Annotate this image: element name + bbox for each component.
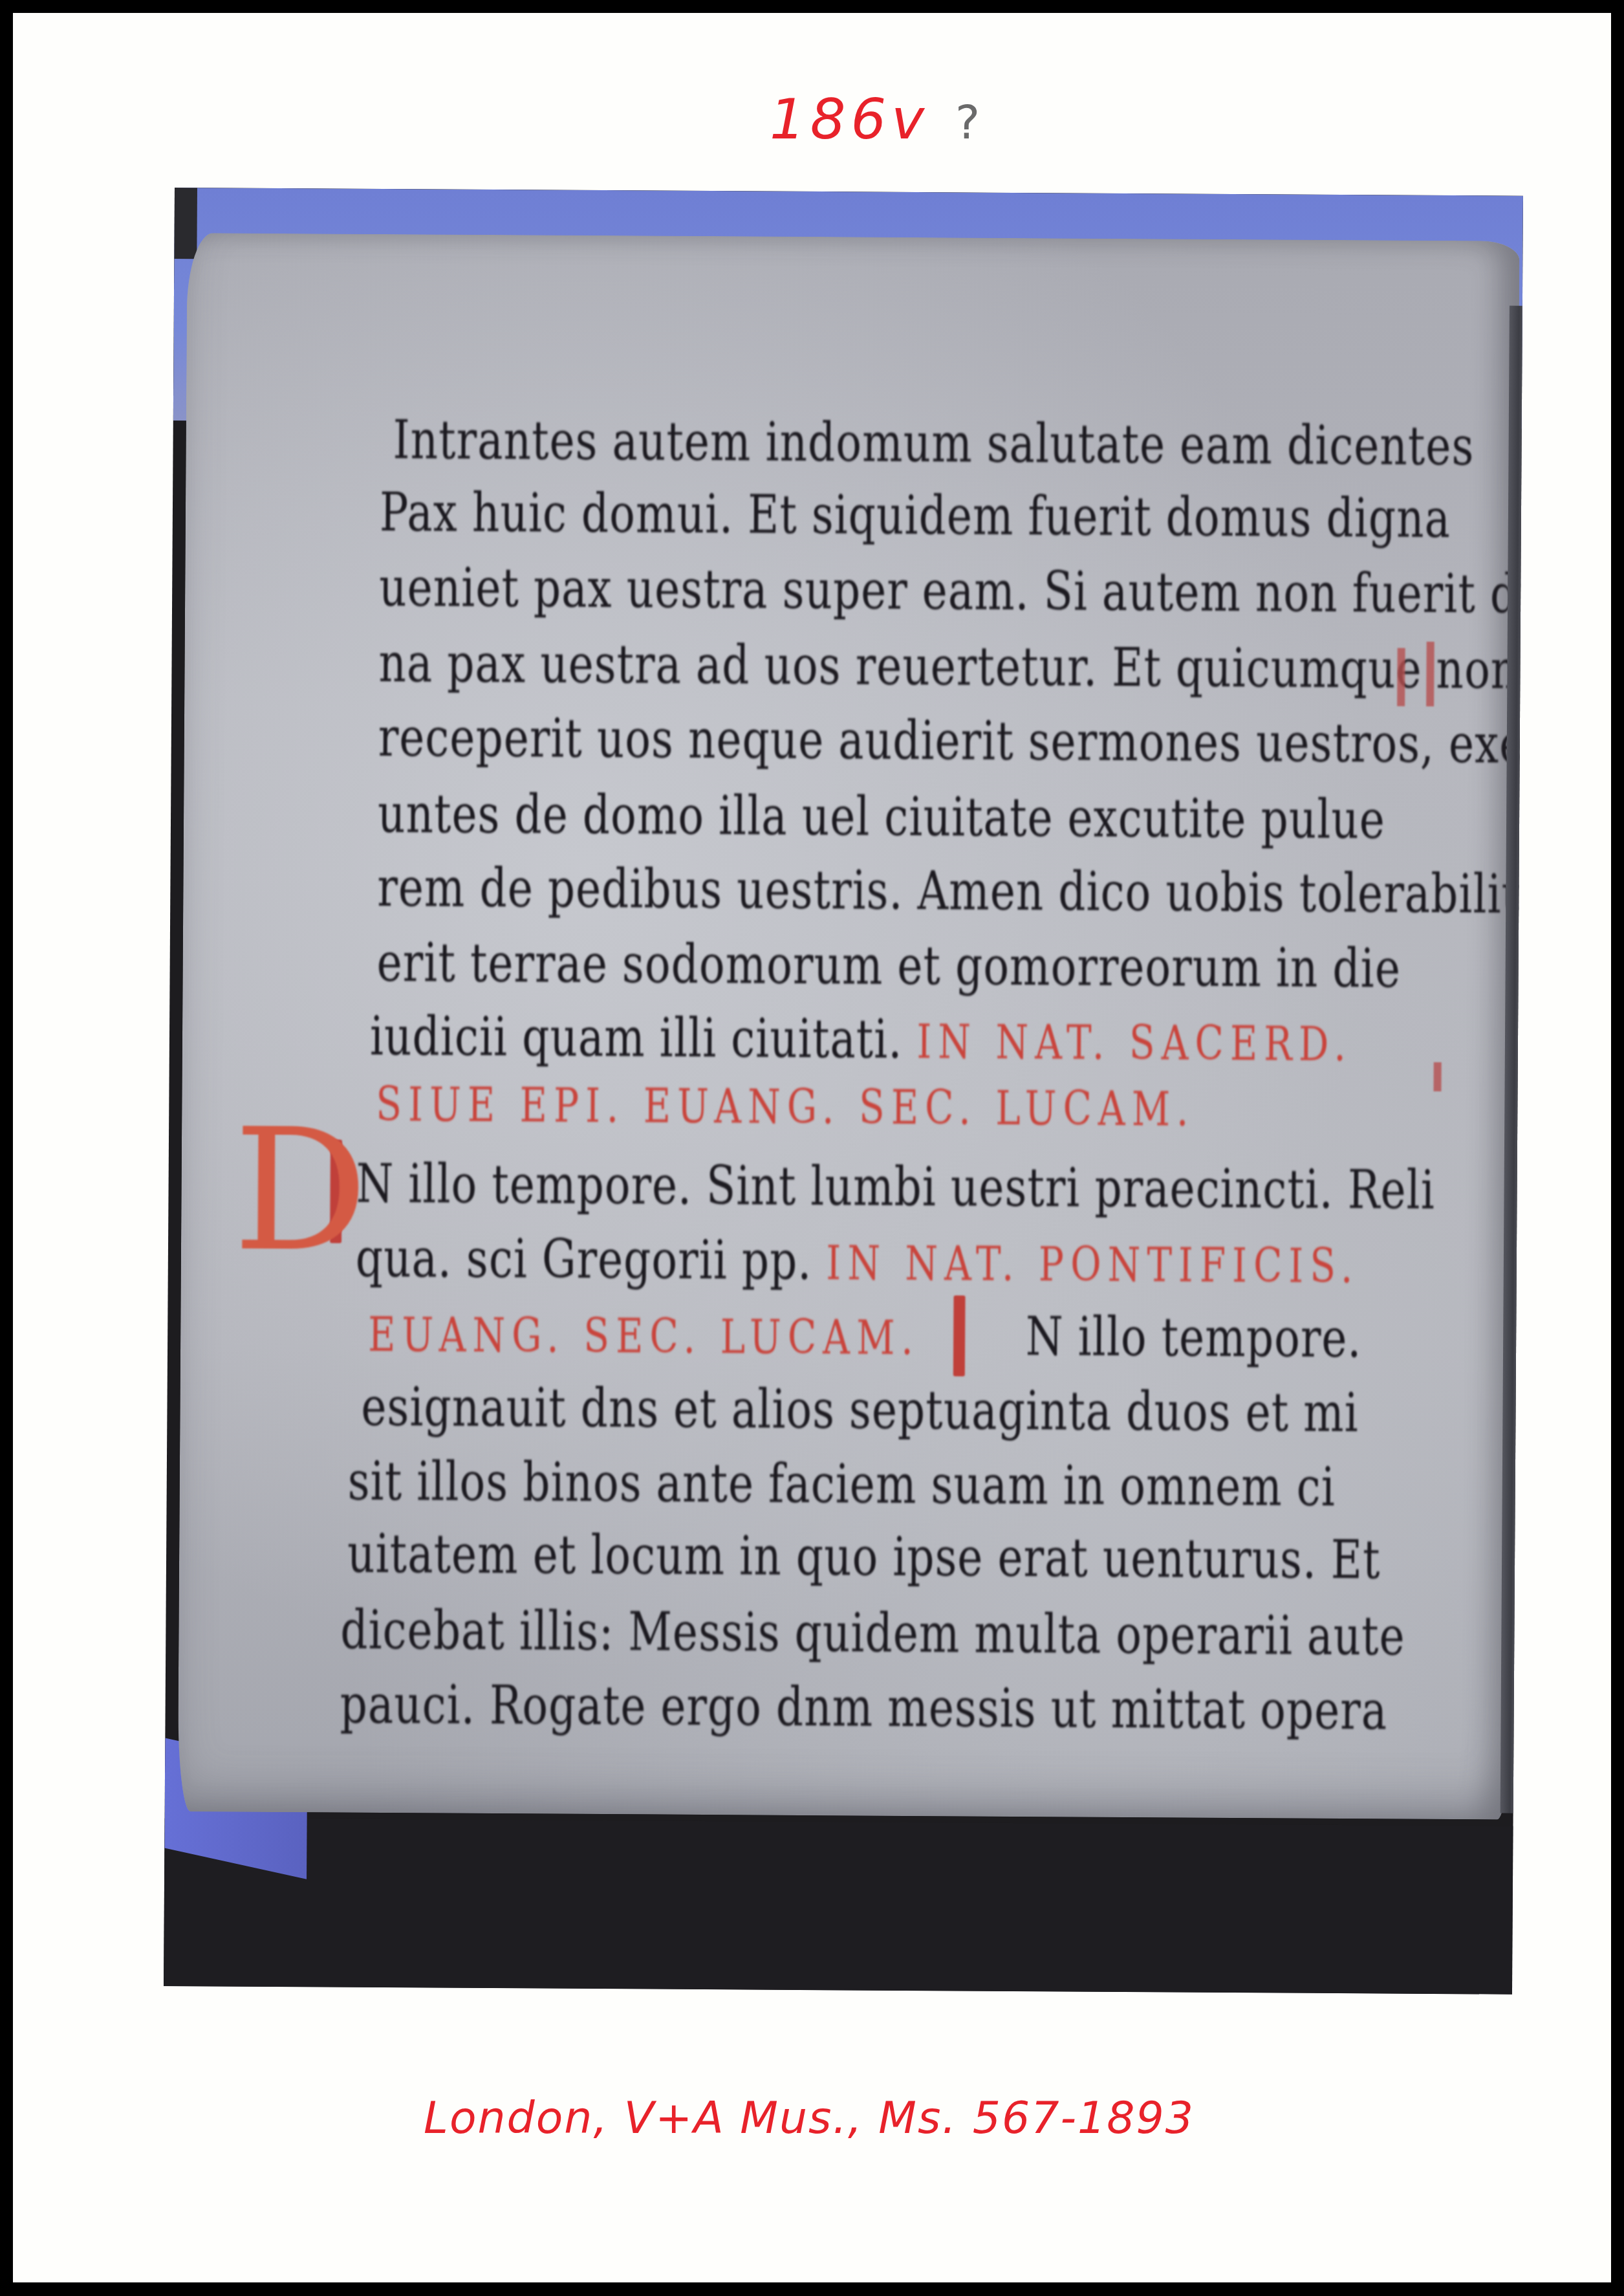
folio-query-mark: ? — [955, 95, 985, 149]
manuscript-line: na pax uestra ad uos reuertetur. Et quic… — [378, 632, 1519, 720]
red-initial-i — [953, 1295, 966, 1376]
manuscript-line: uitatem et locum in quo ipse erat uentur… — [347, 1523, 1381, 1610]
shelfmark-annotation: London, V+A Mus., Ms. 567-1893 — [424, 2093, 1195, 2144]
manuscript-line: EUANG. SEC. LUCAM. N illo tempore. — [368, 1302, 1362, 1388]
manuscript-line: N illo tempore. Sint lumbi uestri praeci… — [356, 1153, 1435, 1240]
rubric-line: SIUE EPI. EUANG. SEC. LUCAM. — [376, 1077, 1195, 1163]
manuscript-line: esignauit dns et alios septuaginta duos … — [361, 1376, 1359, 1463]
manuscript-line: Pax huic domui. Et siquidem fuerit domus… — [379, 481, 1451, 569]
rubric-heading: IN NAT. PONTIFICIS. — [826, 1236, 1359, 1294]
manuscript-line: rem de pedibus uestris. Amen dico uobis … — [377, 857, 1523, 945]
left-parchment-page: Intrantes autem indomum salutate eam dic… — [178, 233, 1520, 1820]
folio-number: 186v — [770, 87, 929, 152]
rubric-heading: EUANG. SEC. LUCAM. — [368, 1307, 920, 1366]
manuscript-line: receperit uos neque audierit sermones ue… — [378, 706, 1523, 794]
manuscript-line: untes de domo illa uel ciuitate excutite… — [378, 783, 1386, 870]
manuscript-line: pauci. Rogate ergo dnm messis ut mittat … — [340, 1674, 1387, 1761]
dark-table-surface — [164, 1818, 1513, 1995]
manuscript-photo: Intrantes autem indomum salutate eam dic… — [164, 188, 1523, 1995]
margin-stroke — [1434, 1062, 1442, 1091]
folio-annotation: 186v? — [770, 87, 985, 152]
manuscript-line: dicebat illis: Messis quidem multa opera… — [340, 1599, 1405, 1687]
margin-stroke — [1426, 642, 1435, 706]
dark-corner — [174, 188, 197, 259]
manuscript-text: qua. sci Gregorii pp. — [356, 1227, 812, 1293]
rubric-heading: IN NAT. SACERD. — [916, 1014, 1352, 1072]
scanned-page: 186v? Intrantes autem indomum salutate e… — [13, 13, 1611, 2282]
manuscript-line: qua. sci Gregorii pp. IN NAT. PONTIFICIS… — [355, 1227, 1359, 1314]
margin-stroke — [1397, 648, 1405, 706]
manuscript-text: iudicii quam illi ciuitati. — [370, 1005, 903, 1071]
red-initial-d: D — [233, 1107, 369, 1276]
manuscript-text: N illo tempore. — [1026, 1306, 1362, 1370]
manuscript-line: ueniet pax uestra super eam. Si autem no… — [379, 556, 1523, 644]
manuscript-text-block: Intrantes autem indomum salutate eam dic… — [380, 409, 1415, 415]
